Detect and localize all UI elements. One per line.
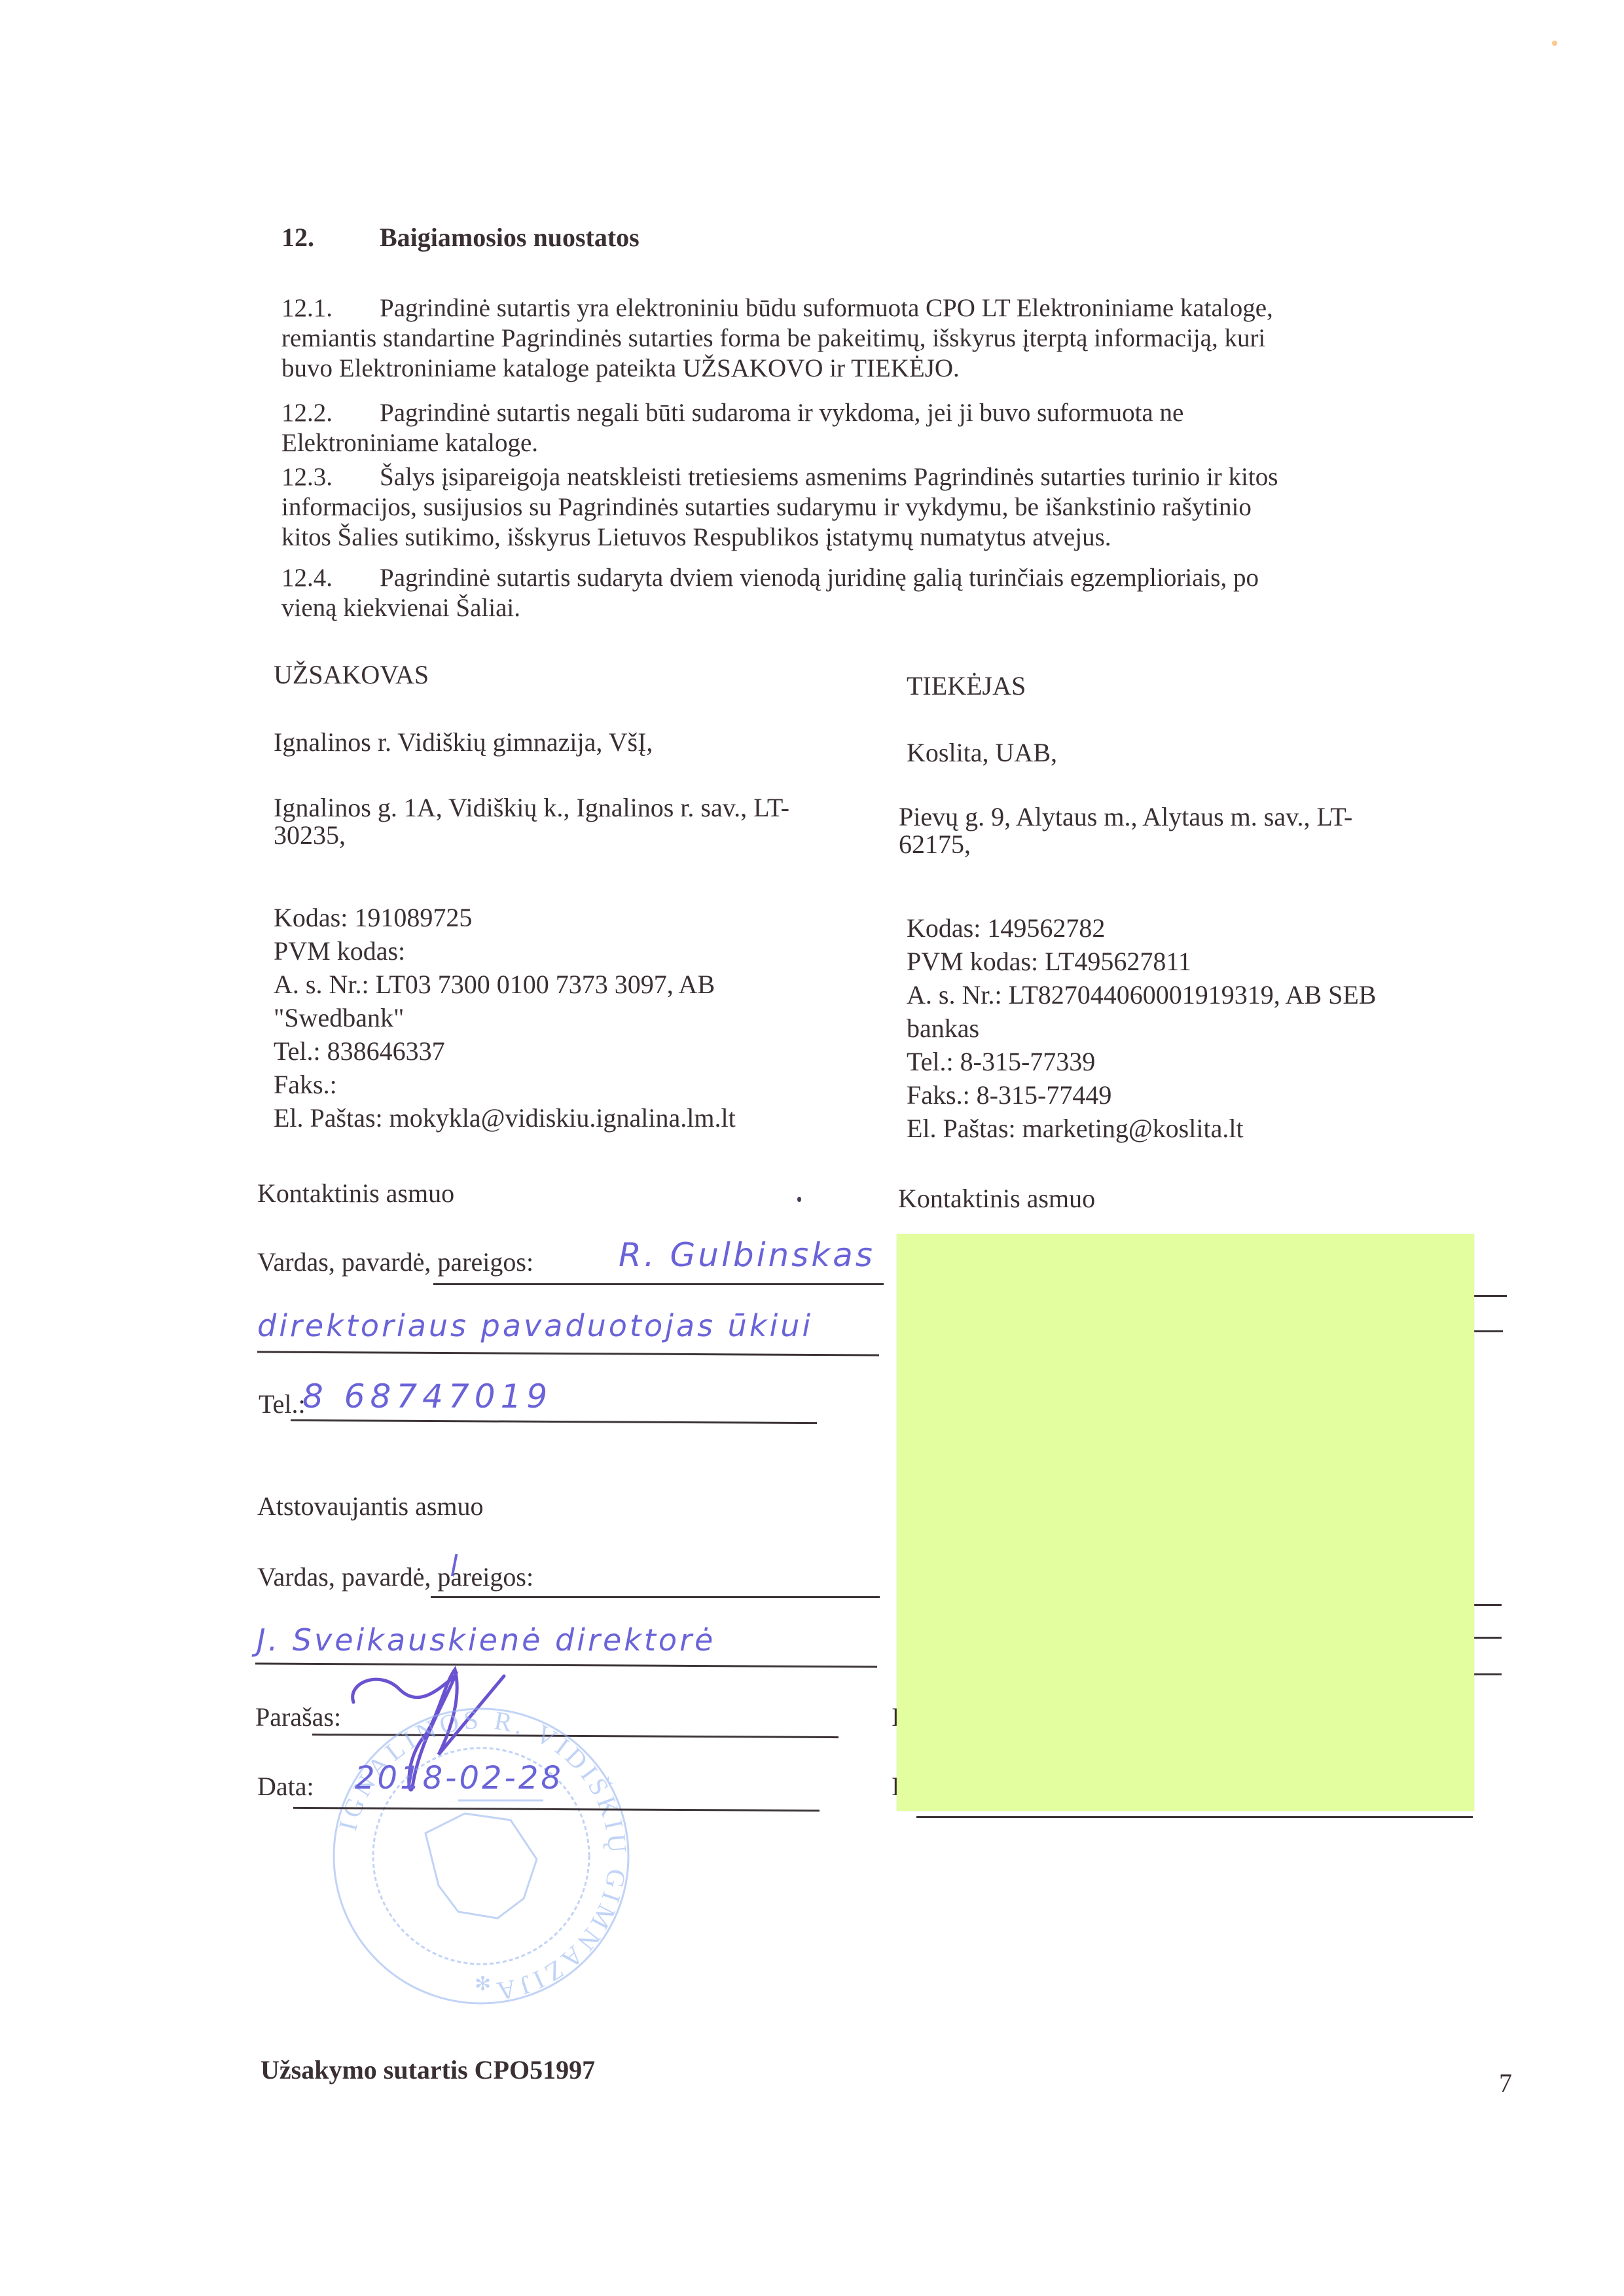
supplier-bank-name: bankas (907, 1011, 1376, 1045)
clause-12-3: 12.3.Šalys įsipareigoja neatskleisti tre… (281, 462, 1512, 553)
supplier-underline-stub (1474, 1330, 1503, 1332)
decorative-speck (797, 1197, 801, 1202)
section-number: 12. (281, 223, 380, 253)
customer-contact-position-underline (257, 1351, 879, 1357)
supplier-role: TIEKĖJAS (907, 669, 1026, 702)
customer-contact-tel-underline (291, 1419, 817, 1424)
supplier-code: Kodas: 149562782 (907, 911, 1376, 945)
document-footer-title: Užsakymo sutartis CPO51997 (261, 2054, 595, 2085)
supplier-fax: Faks.: 8-315-77449 (907, 1078, 1376, 1112)
customer-rep-name-label: Vardas, pavardė, pareigos: (257, 1562, 533, 1592)
customer-bank-name: "Swedbank" (274, 1001, 736, 1034)
page-number: 7 (1499, 2068, 1512, 2098)
supplier-underline-stub (1474, 1637, 1502, 1639)
supplier-details: Kodas: 149562782 PVM kodas: LT495627811 … (907, 911, 1376, 1145)
customer-fax: Faks.: (274, 1068, 736, 1101)
clause-number: 12.1. (281, 293, 380, 323)
customer-role: UŽSAKOVAS (274, 658, 429, 691)
customer-contact-name-label: Vardas, pavardė, pareigos: (257, 1247, 533, 1277)
customer-vat-code: PVM kodas: (274, 934, 736, 968)
supplier-underline-stub (1474, 1604, 1502, 1606)
customer-bank-account: A. s. Nr.: LT03 7300 0100 7373 3097, AB (274, 968, 736, 1001)
clause-line: Pagrindinė sutartis yra elektroniniu būd… (380, 294, 1273, 322)
supplier-phone: Tel.: 8-315-77339 (907, 1045, 1376, 1078)
customer-date-handwritten: 2018-02-28 (355, 1760, 564, 1796)
clause-12-2: 12.2.Pagrindinė sutartis negali būti sud… (281, 398, 1512, 458)
customer-address-line1: Ignalinos g. 1A, Vidiškių k., Ignalinos … (274, 791, 789, 824)
customer-name: Ignalinos r. Vidiškių gimnazija, VšĮ, (274, 725, 653, 759)
clause-number: 12.4. (281, 563, 380, 593)
clause-line: informacijos, susijusios su Pagrindinės … (281, 492, 1512, 522)
customer-phone: Tel.: 838646337 (274, 1034, 736, 1068)
pen-mark: ꞁ (450, 1544, 461, 1577)
supplier-contact-heading: Kontaktinis asmuo (898, 1184, 1095, 1214)
clause-number: 12.3. (281, 462, 380, 492)
customer-rep-name-handwritten: J. Sveikauskienė direktorė (257, 1622, 715, 1658)
customer-code: Kodas: 191089725 (274, 901, 736, 934)
supplier-bank-account: A. s. Nr.: LT827044060001919319, AB SEB (907, 978, 1376, 1011)
supplier-underline-stub (1474, 1295, 1507, 1297)
customer-rep-heading: Atstovaujantis asmuo (257, 1491, 484, 1522)
sticky-note-redaction (897, 1234, 1474, 1811)
clause-line: Elektroniniame kataloge. (281, 428, 1512, 458)
supplier-vat-code: PVM kodas: LT495627811 (907, 945, 1376, 978)
clause-12-4: 12.4.Pagrindinė sutartis sudaryta dviem … (281, 563, 1512, 623)
supplier-date-underline (916, 1816, 1473, 1818)
section-heading: 12.Baigiamosios nuostatos (281, 223, 640, 253)
clause-line: Šalys įsipareigoja neatskleisti tretiesi… (380, 463, 1278, 491)
supplier-email: El. Paštas: marketing@koslita.lt (907, 1112, 1376, 1145)
svg-text:✻: ✻ (475, 1973, 491, 1995)
section-title: Baigiamosios nuostatos (380, 223, 640, 252)
clause-line: buvo Elektroniniame kataloge pateikta UŽ… (281, 354, 1512, 384)
customer-contact-heading: Kontaktinis asmuo (257, 1178, 454, 1209)
customer-details: Kodas: 191089725 PVM kodas: A. s. Nr.: L… (274, 901, 736, 1135)
supplier-address-line2: 62175, (899, 828, 971, 861)
customer-email: El. Paštas: mokykla@vidiskiu.ignalina.lm… (274, 1101, 736, 1135)
scan-speck (1552, 41, 1557, 46)
customer-contact-tel-handwritten: 8 68747019 (302, 1377, 552, 1415)
clause-line: Pagrindinė sutartis negali būti sudaroma… (380, 399, 1183, 427)
customer-date-label: Data: (257, 1772, 314, 1802)
clause-line: kitos Šalies sutikimo, išskyrus Lietuvos… (281, 522, 1512, 553)
clause-line: Pagrindinė sutartis sudaryta dviem vieno… (380, 564, 1259, 592)
official-stamp-seal: IGNALINOS R. VIDIŠKIŲ GIMNAZIJA ✻ (327, 1702, 635, 2010)
supplier-name: Koslita, UAB, (907, 736, 1057, 769)
customer-contact-name-handwritten: R. Gulbinskas (619, 1236, 875, 1274)
supplier-underline-stub (1474, 1673, 1502, 1675)
customer-contact-tel-label: Tel.: (259, 1389, 306, 1419)
customer-contact-position-handwritten: direktoriaus pavaduotojas ūkiui (257, 1308, 813, 1343)
customer-contact-name-underline (433, 1283, 884, 1285)
clause-line: remiantis standartine Pagrindinės sutart… (281, 323, 1512, 354)
customer-address-line2: 30235, (274, 818, 346, 852)
clause-12-1: 12.1.Pagrindinė sutartis yra elektronini… (281, 293, 1512, 384)
customer-rep-name-underline (431, 1596, 880, 1598)
clause-number: 12.2. (281, 398, 380, 428)
clause-line: vieną kiekvienai Šaliai. (281, 593, 1512, 623)
